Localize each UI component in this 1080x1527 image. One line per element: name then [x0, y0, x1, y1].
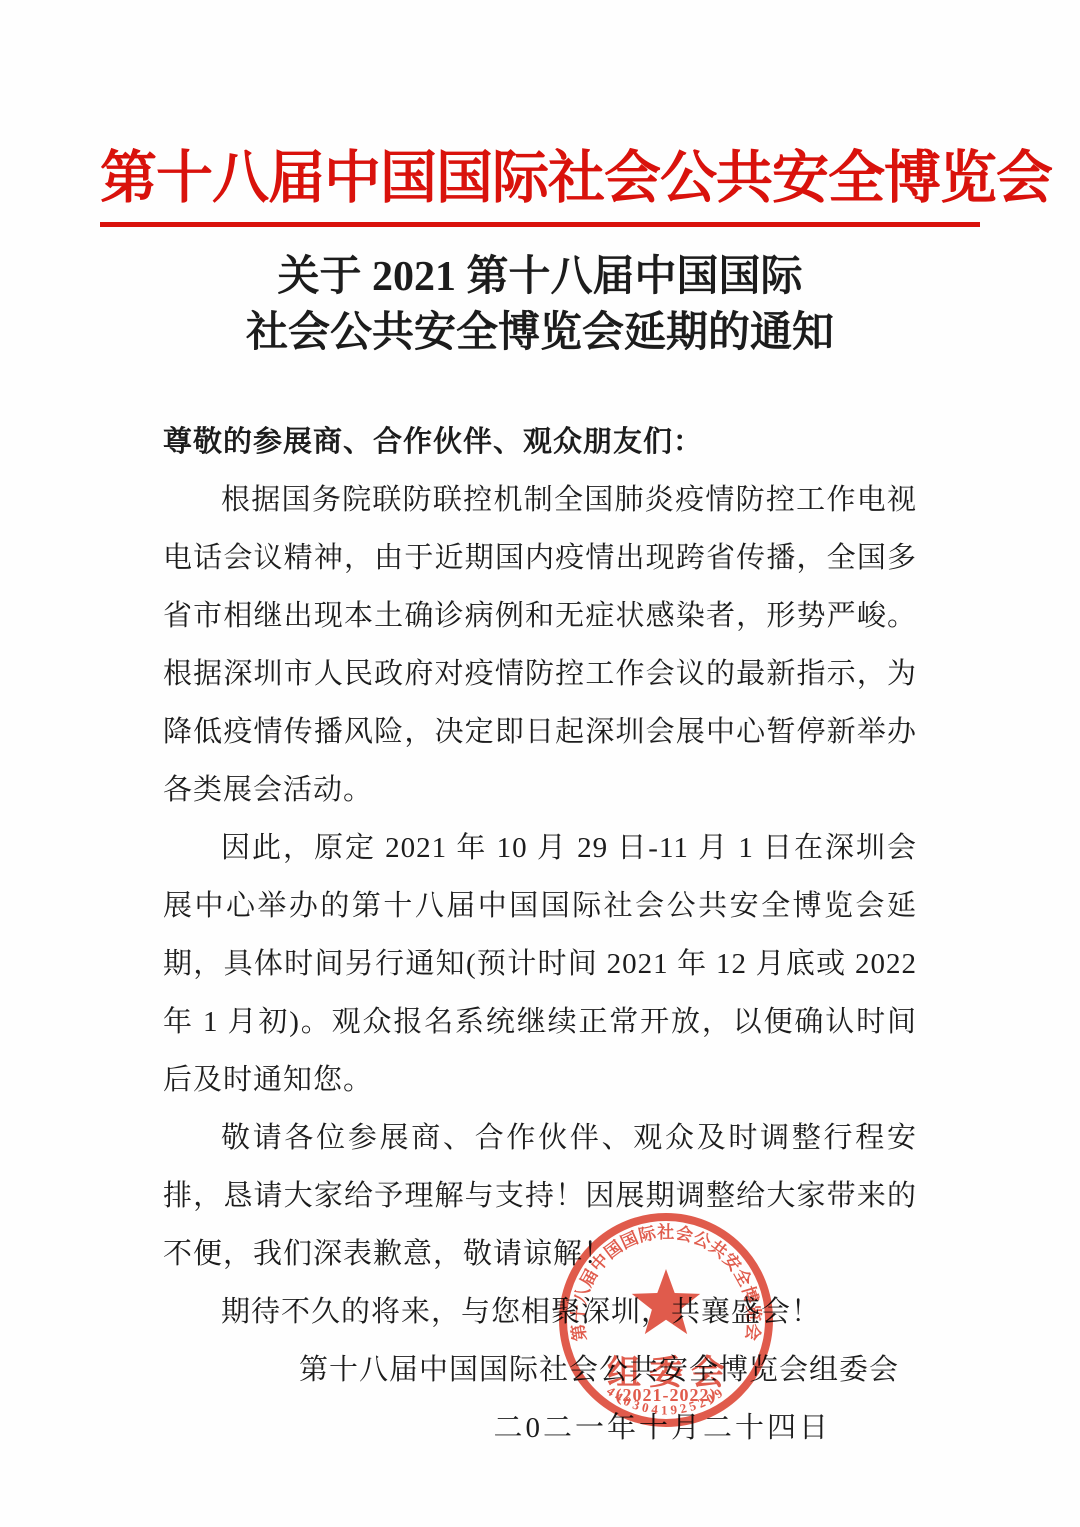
notice-title: 关于 2021 第十八届中国国际 社会公共安全博览会延期的通知 [0, 249, 1080, 361]
paragraph-1: 根据国务院联防联控机制全国肺炎疫情防控工作电视电话会议精神，由于近期国内疫情出现… [163, 471, 917, 819]
expo-main-title: 第十八届中国国际社会公共安全博览会 [100, 146, 980, 212]
seal-star-icon [632, 1269, 700, 1334]
notice-title-line1: 关于 2021 第十八届中国国际 [0, 249, 1080, 305]
salutation-line: 尊敬的参展商、合作伙伴、观众朋友们： [163, 413, 917, 471]
official-seal: 第十八届中国国际社会公共安全博览会 组委会 (2021-2022) 440304… [554, 1208, 778, 1432]
document-body: 尊敬的参展商、合作伙伴、观众朋友们： 根据国务院联防联控机制全国肺炎疫情防控工作… [163, 413, 917, 1457]
notice-document-page: 第十八届中国国际社会公共安全博览会 关于 2021 第十八届中国国际 社会公共安… [0, 0, 1080, 1527]
paragraph-3: 敬请各位参展商、合作伙伴、观众及时调整行程安排，恳请大家给予理解与支持！因展期调… [163, 1109, 917, 1283]
signature-line: 第十八届中国国际社会公共安全博览会组委会 [163, 1341, 917, 1399]
paragraph-2: 因此，原定 2021 年 10 月 29 日-11 月 1 日在深圳会展中心举办… [163, 819, 917, 1109]
notice-title-line2: 社会公共安全博览会延期的通知 [0, 305, 1080, 361]
paragraph-4: 期待不久的将来，与您相聚深圳，共襄盛会！ [163, 1283, 917, 1341]
date-line: 二0二一年十月二十四日 [163, 1399, 917, 1457]
document-header: 第十八届中国国际社会公共安全博览会 [100, 0, 980, 227]
